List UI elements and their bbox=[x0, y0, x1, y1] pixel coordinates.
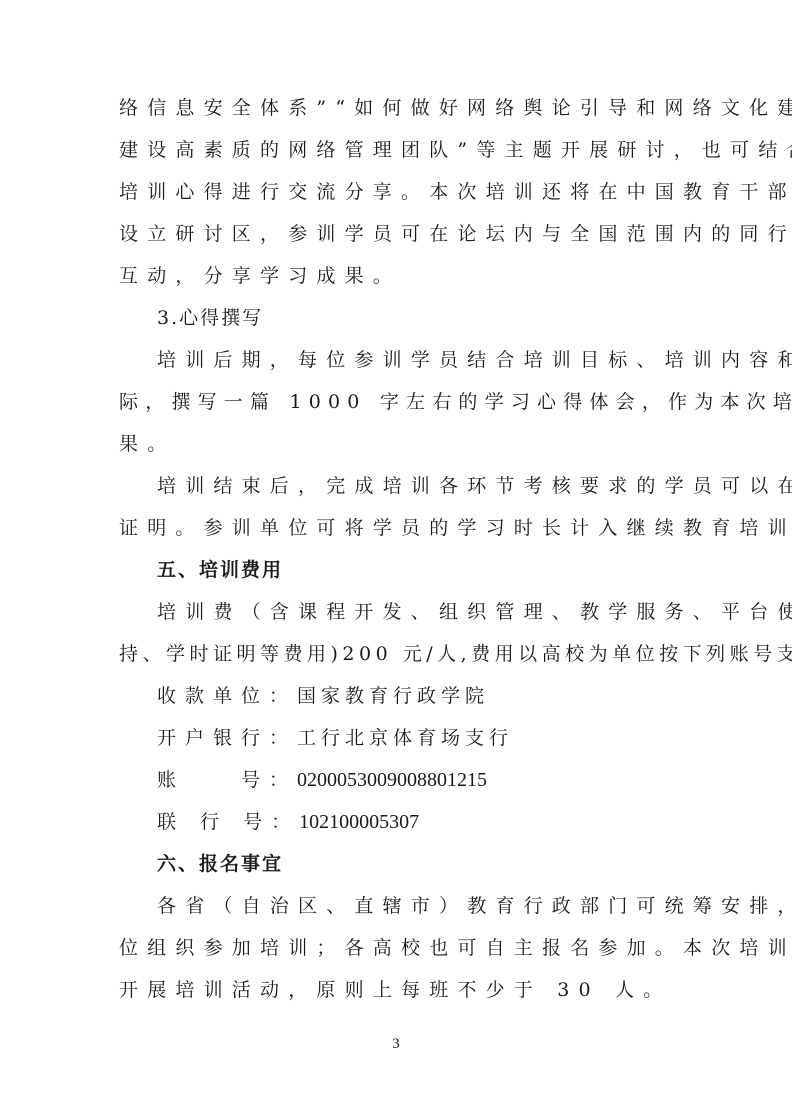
paragraph-line: 培训费（含课程开发、组织管理、教学服务、平台使用、带宽支 bbox=[157, 600, 792, 624]
account-field: 账 号：0200053009008801215 bbox=[157, 768, 487, 792]
field-value: 102100005307 bbox=[299, 811, 419, 833]
payee-field: 收款单位：国家教育行政学院 bbox=[157, 684, 489, 708]
paragraph-line: 果。 bbox=[119, 432, 175, 456]
field-value: 国家教育行政学院 bbox=[297, 685, 489, 707]
paragraph-line: 持、学时证明等费用)200 元/人,费用以高校为单位按下列账号支付： bbox=[119, 642, 792, 666]
field-label: 开户银行： bbox=[157, 727, 297, 749]
paragraph-line: 开展培训活动，原则上每班不少于 30 人。 bbox=[119, 978, 671, 1002]
field-label: 账 号： bbox=[157, 769, 297, 791]
paragraph-line: 培训结束后，完成培训各环节考核要求的学员可以在线打印学时 bbox=[157, 474, 792, 498]
section-heading: 六、报名事宜 bbox=[157, 852, 283, 876]
field-label: 联 行 号： bbox=[157, 811, 299, 833]
subsection-title: 3.心得撰写 bbox=[157, 306, 263, 330]
paragraph-line: 培训后期，每位参训学员结合培训目标、培训内容和自身工作实 bbox=[157, 348, 792, 372]
paragraph-line: 位组织参加培训；各高校也可自主报名参加。本次培训以班级为单位 bbox=[119, 936, 792, 960]
field-label: 收款单位： bbox=[157, 685, 297, 707]
page-number: 3 bbox=[0, 1036, 792, 1053]
paragraph-line: 络信息安全体系”“如何做好网络舆论引导和网络文化建设”“如何 bbox=[119, 96, 792, 120]
paragraph-line: 建设高素质的网络管理团队”等主题开展研讨，也可结合工作体会和 bbox=[119, 138, 792, 162]
paragraph-line: 证明。参训单位可将学员的学习时长计入继续教育培训学时。 bbox=[119, 516, 792, 540]
bank-code-field: 联 行 号：102100005307 bbox=[157, 810, 419, 834]
section-heading: 五、培训费用 bbox=[157, 558, 283, 582]
field-value: 0200053009008801215 bbox=[297, 769, 487, 791]
paragraph-line: 设立研讨区，参训学员可在论坛内与全国范围内的同行进行广泛交流 bbox=[119, 222, 792, 246]
field-value: 工行北京体育场支行 bbox=[297, 727, 513, 749]
paragraph-line: 各省（自治区、直辖市）教育行政部门可统筹安排，以高校为单 bbox=[157, 894, 792, 918]
bank-field: 开户银行：工行北京体育场支行 bbox=[157, 726, 513, 750]
paragraph-line: 培训心得进行交流分享。本次培训还将在中国教育干部网络学院论坛 bbox=[119, 180, 792, 204]
paragraph-line: 际，撰写一篇 1000 字左右的学习心得体会，作为本次培训的学习成 bbox=[119, 390, 792, 414]
paragraph-line: 互动，分享学习成果。 bbox=[119, 264, 401, 288]
